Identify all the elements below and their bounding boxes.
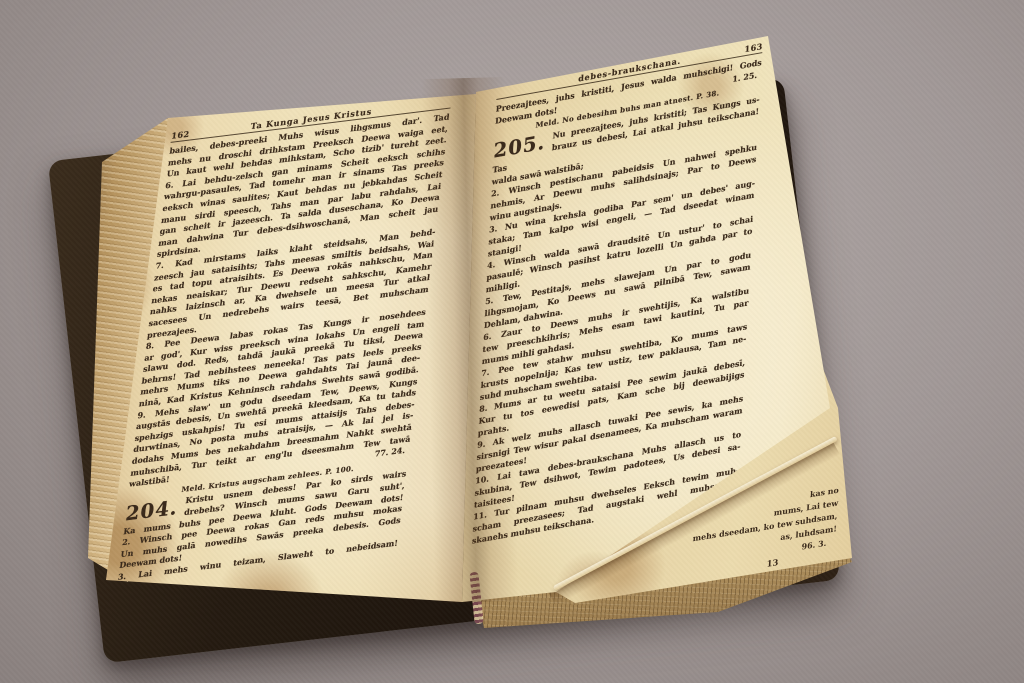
hymn-body: bailes, debes-preeki Muhs wisus lihgsmus…	[130, 111, 450, 479]
header-spacer	[497, 90, 530, 96]
hymn-205: 205. Nu preezajtees, juhs kristiti; Tas …	[472, 93, 760, 535]
left-page-text: 162 Ta Kunga Jesus Kristus bailes, debes…	[117, 97, 452, 584]
photo-scene: kas nomums, Lai tewmehs dseedam, ko tew …	[0, 0, 1024, 683]
page-number: 163	[729, 41, 763, 57]
hymn-reference: 96. 3.	[801, 538, 826, 552]
hymn-body: Nu preezajtees, juhs kristiti; Tas Kungs…	[472, 93, 760, 535]
page-number: 162	[171, 127, 206, 141]
header-spacer	[417, 105, 451, 109]
right-page-text: debes-braukschana. 163 Preezajtees, juhs…	[471, 41, 763, 558]
